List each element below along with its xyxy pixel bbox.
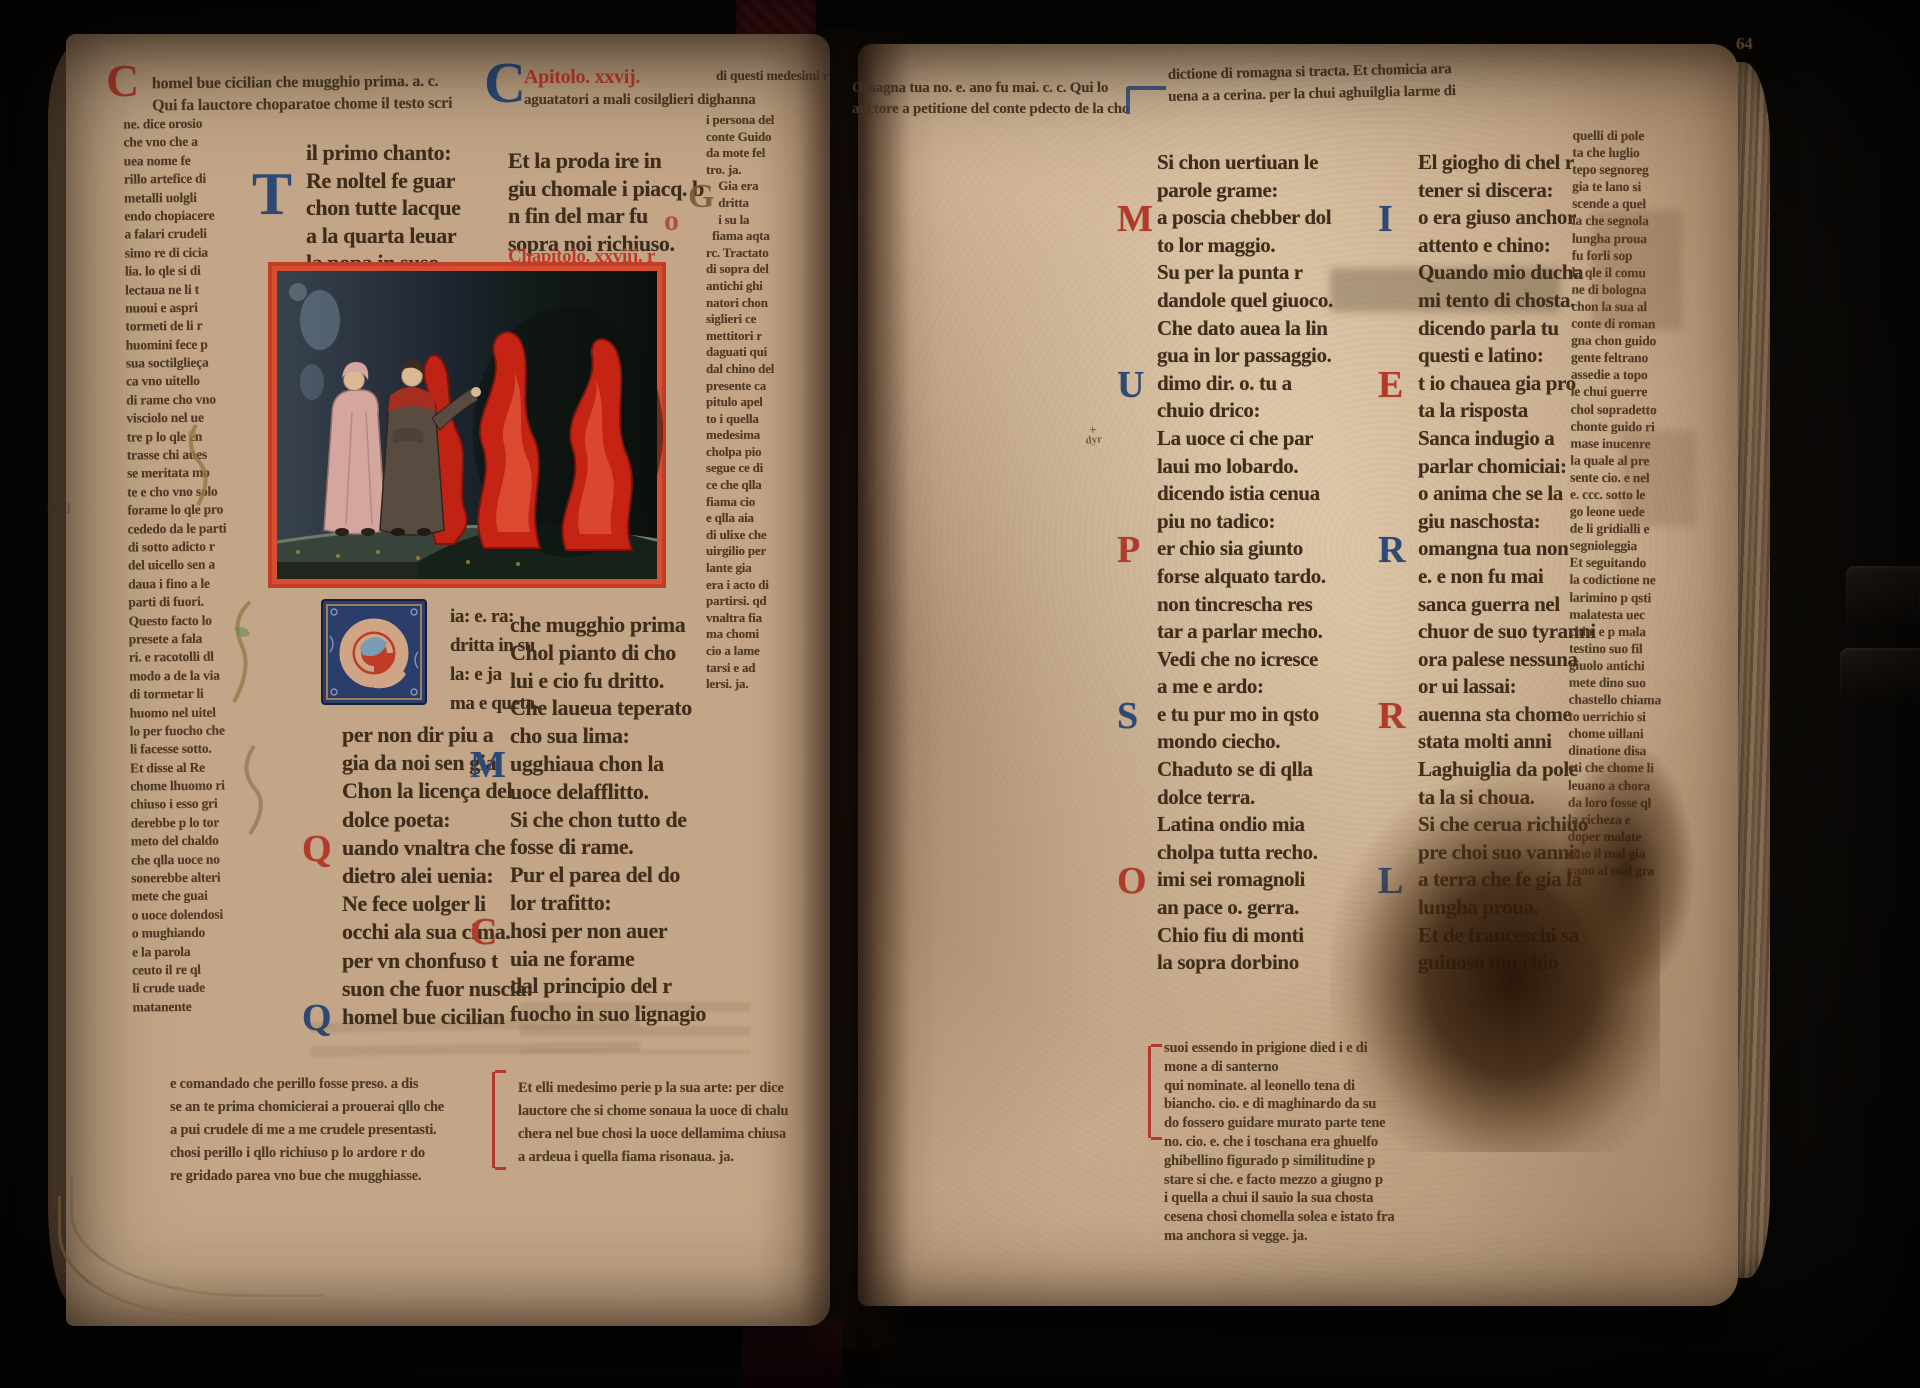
verse-line: Latina ondio mia — [1157, 812, 1333, 840]
gloss-line: a falari crudeli — [124, 226, 223, 245]
gloss-line: di sotto adicto r — [128, 538, 227, 557]
chapter-rubric: Apitolo. xxvij. — [524, 66, 640, 89]
verse-line: uoce delafflitto. — [510, 779, 706, 807]
gloss-line: go leone uede — [1570, 504, 1663, 522]
verse-line: parlar chomiciai: — [1418, 454, 1596, 482]
verse-text: lor trafitto: — [510, 890, 611, 915]
verse-text: ora palese nessuna — [1418, 647, 1578, 671]
gloss-line: partirsi. qd — [706, 593, 774, 610]
verse-text: a poscia chebber dol — [1157, 205, 1331, 229]
verse-text: mondo ciecho. — [1157, 729, 1280, 753]
verse-text: Chol pianto di cho — [510, 640, 676, 665]
gloss-line: chastello chiama — [1569, 692, 1662, 710]
verse-line: fuocho in suo lignagio — [510, 1001, 706, 1029]
gloss-line: simo re di cicia — [125, 244, 224, 263]
gloss-line: ce che qlla — [706, 477, 774, 494]
verse-text: lui e cio fu dritto. — [510, 668, 664, 693]
verse-text: fuocho in suo lignagio — [510, 1001, 706, 1026]
verse-text: piu no tadico: — [1157, 509, 1275, 533]
gloss-line: da mote fel — [706, 145, 774, 162]
verse-text: an pace o. gerra. — [1157, 895, 1299, 919]
verse-line: per vn chonfuso t — [342, 948, 533, 976]
verse-text: attento e chino: — [1418, 233, 1550, 257]
chapter-initial-c: C — [484, 54, 526, 112]
gloss-line: mete dino suo — [1569, 675, 1662, 693]
verse-line: Io era giuso anchor — [1418, 205, 1596, 233]
gloss-line: ta che luglio — [1572, 145, 1665, 163]
verse-line: suon che fuor nuscia: — [342, 976, 533, 1004]
gloss-line: daua i fino a le — [128, 575, 227, 594]
verse-line: to lor maggio. — [1157, 233, 1333, 261]
verse-text: Et la proda ire in — [508, 148, 661, 173]
verse-text: uando vnaltra che — [342, 835, 505, 860]
verse-text: er chio sia giunto — [1157, 536, 1303, 560]
manuscript-photo: C homel bue cicilian che mugghio prima. … — [0, 0, 1920, 1388]
gloss-line: huomo nel uitel — [129, 704, 228, 723]
verse-text: a la quarta leuar — [306, 223, 456, 248]
verse-text: Laghuiglia da pole — [1418, 757, 1578, 781]
red-paragraph-mark: o — [664, 204, 679, 238]
verse-text: Su per la punta r — [1157, 260, 1303, 284]
verse-line: a la quarta leuar — [306, 223, 461, 251]
verse-text: Si che chon tutto de — [510, 807, 687, 832]
miniature-illustration — [268, 262, 666, 588]
verse-text: tener si discera: — [1418, 178, 1553, 202]
chapter-heading-rubric: Chapitolo. xxviij. r — [508, 246, 655, 268]
verse-text: chon tutte lacque — [306, 195, 461, 220]
verse-line: mondo ciecho. — [1157, 729, 1333, 757]
gloss-line: i su la — [706, 212, 774, 229]
gloss-line: le chui guerre — [1571, 384, 1664, 402]
gloss-line: do fossero guidare murato parte tene — [1164, 1115, 1394, 1134]
verse-line: El giogho di chel r — [1418, 150, 1596, 178]
verse-text: giu naschosta: — [1418, 509, 1540, 533]
drop-initial: P — [1117, 531, 1140, 569]
drop-initial: M — [470, 746, 505, 784]
gloss-line: chome lhuomo ri — [130, 778, 229, 797]
verse-text: auenna sta chome — [1418, 702, 1571, 726]
gloss-line: sua soctilglieça — [126, 355, 225, 374]
verse-text: hosi per non auer — [510, 918, 667, 943]
verse-text: forse alquato tardo. — [1157, 564, 1326, 588]
verse-line: parole grame: — [1157, 178, 1333, 206]
gloss-line: li facesse sotto. — [130, 741, 229, 760]
gloss-line: doper malate — [1568, 829, 1661, 847]
gloss-line: rillo artefice di — [124, 171, 223, 190]
verse-line: occhi ala sua cima. — [342, 919, 533, 947]
gloss-line: cededo da le parti — [128, 520, 227, 539]
verse-text: Latina ondio mia — [1157, 812, 1305, 836]
verse-line: giu chomale i piacq. b — [508, 176, 704, 204]
gloss-line: larimino p qsti — [1569, 589, 1662, 607]
verse-line: Oimi sei romagnoli — [1157, 867, 1333, 895]
gloss-line: ghibellino figurado p similitudine p — [1164, 1153, 1394, 1172]
verse-line: la sopra dorbino — [1157, 950, 1333, 978]
verse-text: giu chomale i piacq. b — [508, 176, 704, 201]
verse-line: dal principio del r — [510, 973, 706, 1001]
verse-text: dal principio del r — [510, 973, 672, 998]
verse-line: cho sua lima: — [510, 723, 706, 751]
gloss-line: da loro fosse ql — [1568, 794, 1661, 812]
gloss-line: pitulo apel — [706, 394, 774, 411]
gloss-line: dal chino del — [706, 361, 774, 378]
gloss-line: Et seguitando — [1570, 555, 1663, 573]
drop-initial: L — [1378, 862, 1403, 900]
gloss-line: la che segnola — [1572, 213, 1665, 231]
verse-line: Si chon uertiuan le — [1157, 150, 1333, 178]
gloss-line: chome uillani — [1568, 726, 1661, 744]
drop-initial: S — [1117, 697, 1138, 735]
marginal-cross-mark: + dyr — [1084, 423, 1103, 447]
verse-text: fosse di rame. — [510, 834, 633, 859]
gloss-initial-g: G — [688, 178, 714, 216]
gloss-line: la codictione ne — [1569, 572, 1662, 590]
gloss-line: huomini fece p — [126, 336, 225, 355]
gloss-line: cio a lame — [706, 643, 774, 660]
verse-text: cho sua lima: — [510, 723, 629, 748]
gloss-line: era i acto di — [706, 577, 774, 594]
verse-text: o anima che se la — [1418, 481, 1563, 505]
drop-initial: M — [1117, 200, 1152, 238]
verse-line: cholpa tutta recho. — [1157, 840, 1333, 868]
left-margin-gloss-column: ne. dice orosioche vno che auea nome fer… — [123, 116, 231, 1018]
left-bottom-gloss-b: Et elli medesimo perie p la sua arte: pe… — [518, 1080, 788, 1172]
verse-text: dicendo parla tu — [1418, 316, 1559, 340]
gloss-line: suoi essendo in prigione died i e di — [1164, 1040, 1394, 1059]
verse-text: Re noltel fe guar — [306, 168, 455, 193]
verse-text: dicendo istia cenua — [1157, 481, 1320, 505]
verse-line: Sanca indugio a — [1418, 426, 1596, 454]
gloss-line: conte Guido — [706, 129, 774, 146]
verse-line: tar a parlar mecho. — [1157, 619, 1333, 647]
gloss-line: ma chomi — [706, 626, 774, 643]
left-top-gloss: homel bue cicilian che mugghio prima. a.… — [152, 73, 453, 119]
verse-line: Vedi che no icresce — [1157, 647, 1333, 675]
verse-text: parlar chomiciai: — [1418, 454, 1567, 478]
verse-line: attento e chino: — [1418, 233, 1596, 261]
verse-line: che mugghio prima — [510, 612, 706, 640]
gloss-line: ne di bologna — [1571, 282, 1664, 300]
gloss-line: scende a quel — [1572, 196, 1665, 214]
gloss-line: metalli uolgli — [124, 189, 223, 208]
gloss-line: conte di roman — [1571, 316, 1664, 334]
verse-line: Et de franceschi sa — [1418, 923, 1596, 951]
gloss-line: biancho. cio. e di maghinardo da su — [1164, 1096, 1394, 1115]
verse-text: to lor maggio. — [1157, 233, 1275, 257]
drop-initial: Q — [302, 999, 331, 1037]
gloss-line: derebbe p lo tor — [131, 814, 230, 833]
verse-text: che mugghio prima — [510, 612, 685, 637]
verse-line: Udimo dir. o. tu a — [1157, 371, 1333, 399]
gloss-line: chonte guido ri — [1570, 418, 1663, 436]
verse-line: Quando mio ducha — [1418, 260, 1596, 288]
verse-text: homel bue cicilian — [342, 1004, 505, 1029]
gloss-line: segue ce di — [706, 460, 774, 477]
gloss-line: di tormetar li — [129, 686, 228, 705]
drop-initial: U — [1117, 366, 1144, 404]
gloss-line: la quale al pre — [1570, 452, 1663, 470]
gloss-line: de li gridialli e — [1570, 521, 1663, 539]
gloss-line: mete che guai — [131, 888, 230, 907]
chapter-side-note: di questi medesimi r — [716, 68, 829, 84]
verse-line: Che dato auea la lin — [1157, 316, 1333, 344]
gloss-line: che vno che a — [123, 134, 222, 153]
gloss-line: la richeza e — [1568, 811, 1661, 829]
illuminated-initial-g — [318, 596, 430, 708]
gloss-line: auctore a petitione del conte pdecto de … — [852, 101, 1129, 122]
verse-line: a me e ardo: — [1157, 674, 1333, 702]
gloss-line: homel bue cicilian che mugghio prima. a.… — [152, 73, 452, 97]
verse-text: sanca guerra nel — [1418, 592, 1560, 616]
folio-number: 64 — [1736, 34, 1753, 54]
left-col2-margin-gloss: i persona delconte Guidoda mote feltro. … — [706, 112, 774, 693]
gloss-line: dritta — [706, 195, 774, 212]
verse-text: dolce poeta: — [342, 807, 450, 832]
gloss-line: segnioleggia — [1570, 538, 1663, 556]
gloss-line: modo a de la via — [129, 667, 228, 686]
verse-text: dandole quel giuoco. — [1157, 288, 1333, 312]
gloss-line: testino suo fil — [1569, 640, 1662, 658]
right-margin-gloss-column: quelli di poleta che lugliotepo segnoreg… — [1567, 128, 1665, 881]
gloss-line: Et disse al Re — [130, 759, 229, 778]
gloss-line: a ardeua i quella fiama risonaua. ja. — [518, 1149, 788, 1172]
gloss-line: antichi ghi — [706, 278, 774, 295]
verse-line: dolce terra. — [1157, 785, 1333, 813]
gloss-line: cti che chome li — [1568, 760, 1661, 778]
gloss-line: li crude uade — [132, 980, 231, 999]
verse-text: tar a parlar mecho. — [1157, 619, 1322, 643]
gloss-line: tro. ja. — [706, 162, 774, 179]
gloss-line: to i quella — [706, 411, 774, 428]
gloss-line: gia te lano si — [1572, 179, 1665, 197]
verse-text: dolce terra. — [1157, 785, 1255, 809]
drop-initial: O — [1117, 862, 1146, 900]
cross-note: dyr — [1085, 434, 1103, 447]
verse-line: questi e latino: — [1418, 343, 1596, 371]
gloss-line: cesena chosi chomella solea e istato fra — [1164, 1209, 1394, 1228]
gloss-line: gna chon guido — [1571, 333, 1664, 351]
verse-text: El giogho di chel r — [1418, 150, 1574, 174]
verse-text: Si chon uertiuan le — [1157, 150, 1318, 174]
gutter-shadow — [800, 30, 910, 1350]
drop-initial: R — [1378, 697, 1405, 735]
verse-text: guinoso mu chio — [1418, 950, 1558, 974]
gloss-line: chosi perillo i qllo richiuso p lo ardor… — [170, 1145, 444, 1168]
gloss-line: i quella a chui il sauio la sua chosta — [1164, 1190, 1394, 1209]
verse-line: Che laueua teperato — [510, 695, 706, 723]
verse-line: an pace o. gerra. — [1157, 895, 1333, 923]
gloss-line: fiama aqta — [706, 228, 774, 245]
gloss-line: i persona del — [706, 112, 774, 129]
gloss-line: Questo facto lo — [128, 612, 227, 631]
marginal-sprig-icon — [220, 598, 264, 708]
verse-text: Sanca indugio a — [1418, 426, 1554, 450]
gloss-line: presente ca — [706, 378, 774, 395]
verse-line: Chosi per non auer — [510, 918, 706, 946]
gloss-line: medesima — [706, 427, 774, 444]
verse-line: lor trafitto: — [510, 890, 706, 918]
verse-line: ta la risposta — [1418, 398, 1596, 426]
gloss-line: nuoui e aspri — [125, 299, 224, 318]
gloss-line: presete a fala — [129, 630, 228, 649]
verse-text: Che laueua teperato — [510, 695, 692, 720]
gloss-line: gente feltrano — [1571, 350, 1664, 368]
gloss-line: ri. e racotolli dl — [129, 649, 228, 668]
verse-line: gua in lor passaggio. — [1157, 343, 1333, 371]
verse-text: ta la risposta — [1418, 398, 1528, 422]
verse-line: guinoso mu chio — [1418, 950, 1596, 978]
gloss-line: chio. e p mala — [1569, 623, 1662, 641]
gloss-line: quelli di pole — [1573, 128, 1666, 146]
red-bracket — [1148, 1046, 1161, 1138]
verse-text: Vedi che no icresce — [1157, 647, 1318, 671]
verse-line: lungha proua. — [1418, 895, 1596, 923]
verse-line: TRe noltel fe guar — [306, 168, 461, 196]
gloss-line: e qlla aia — [706, 510, 774, 527]
gloss-line: tarsi e ad — [706, 660, 774, 677]
red-bracket — [492, 1072, 505, 1168]
verse-line: Chio fiu di monti — [1157, 923, 1333, 951]
verse-text: imi sei romagnoli — [1157, 867, 1305, 891]
gloss-line: uea nome fe — [124, 152, 223, 171]
verse-text: Chaduto se di qlla — [1157, 757, 1313, 781]
marginal-sprig-icon — [176, 420, 216, 510]
gloss-line: leuano a chora — [1568, 777, 1661, 795]
gloss-line: lungha proua — [1572, 230, 1665, 248]
verse-text: questi e latino: — [1418, 343, 1543, 367]
gloss-line: di rame cho vno — [126, 391, 225, 410]
right-top-gloss-left: Omagna tua no. e. ano fu mai. c. c. Qui … — [852, 80, 1129, 122]
left-bottom-gloss-a: e comandado che perillo fosse preso. a d… — [170, 1076, 444, 1191]
gloss-line: fiama cio — [706, 494, 774, 511]
gloss-line: stare si che. e facto mezzo a giugno p — [1164, 1172, 1394, 1191]
verse-line: Se tu pur mo in qsto — [1157, 702, 1333, 730]
verse-text: la sopra dorbino — [1157, 950, 1299, 974]
rubric-initial-c: C — [106, 58, 139, 104]
verse-text: uoce delafflitto. — [510, 779, 649, 804]
verse-line: chon tutte lacque — [306, 195, 461, 223]
verse-text: Chio fiu di monti — [1157, 923, 1304, 947]
drop-initial: C — [470, 913, 497, 951]
gloss-line: uirgilio per — [706, 543, 774, 560]
verse-line: Chol pianto di cho — [510, 640, 706, 668]
verse-text: e. e non fu mai — [1418, 564, 1543, 588]
verse-line: Et la proda ire in — [508, 148, 704, 176]
verse-text: uia ne forame — [510, 946, 634, 971]
verse-line: Si che chon tutto de — [510, 807, 706, 835]
gloss-line: e. ccc. sotto le — [1570, 487, 1663, 505]
verse-text: suon che fuor nuscia: — [342, 976, 533, 1001]
gloss-line: lersi. ja. — [706, 676, 774, 693]
verse-line: tener si discera: — [1418, 178, 1596, 206]
gloss-line: chol sopradetto — [1571, 401, 1664, 419]
gloss-line: che qlla uoce no — [131, 851, 230, 870]
verse-text: a me e ardo: — [1157, 674, 1264, 698]
gloss-line: lo per fuocho che — [130, 722, 229, 741]
gloss-line: e comandado che perillo fosse preso. a d… — [170, 1076, 444, 1099]
verse-line: Mugghiaua chon la — [510, 751, 706, 779]
gloss-line: dinatione disa — [1568, 743, 1661, 761]
verse-line: dicendo parla tu — [1418, 316, 1596, 344]
verse-text: dietro alei uenia: — [342, 863, 493, 888]
gloss-line: lectaua ne li t — [125, 281, 224, 300]
verse-line: piu no tadico: — [1157, 509, 1333, 537]
verse-text: non tincrescha res — [1157, 592, 1312, 616]
verse-text: t io chauea gia pro — [1418, 371, 1576, 395]
verse-line: Quando vnaltra che — [342, 835, 533, 863]
gloss-line: daguati qui — [706, 344, 774, 361]
gloss-line: se an te prima chomicierai a prouerai ql… — [170, 1099, 444, 1122]
verse-text: or ui lassai: — [1418, 674, 1516, 698]
verse-text: o era giuso anchor — [1418, 205, 1576, 229]
gloss-line: ma anchora si vegge. ja. — [1164, 1228, 1394, 1247]
gloss-line: Gia era — [706, 178, 774, 195]
verse-line: Ne fece uolger li — [342, 891, 533, 919]
verse-line: laui mo lobardo. — [1157, 454, 1333, 482]
verse-line: il primo chanto: — [306, 140, 461, 168]
gloss-line: Qui fa lauctore choparatoe chome il test… — [152, 94, 452, 118]
folio-margin-note: xxvij — [46, 500, 70, 515]
gloss-line: tepo segnoreg — [1572, 162, 1665, 180]
verse-line: lui e cio fu dritto. — [510, 668, 706, 696]
gloss-line: chiuso i esso gri — [130, 796, 229, 815]
verse-text: a terra che fe gia la — [1418, 867, 1582, 891]
verse-line: Et io chauea gia pro — [1418, 371, 1596, 399]
verse-line: forse alquato tardo. — [1157, 564, 1333, 592]
gloss-line: ca vno uitello — [126, 373, 225, 392]
gloss-line: chera nel bue chosi la uoce dellamima ch… — [518, 1126, 788, 1149]
verse-line: uia ne forame — [510, 946, 706, 974]
verse-line: Pur el parea del do — [510, 862, 706, 890]
drop-initial: Q — [302, 830, 331, 868]
gloss-line: giuolo antichi — [1569, 658, 1662, 676]
gloss-line: re gridado parea vno bue che mugghiasse. — [170, 1168, 444, 1191]
gloss-line: qui nominate. al leonello tena di — [1164, 1078, 1394, 1097]
verse-text: gua in lor passaggio. — [1157, 343, 1331, 367]
verse-line: La uoce ci che par — [1157, 426, 1333, 454]
gloss-line: chon la sua al — [1571, 299, 1664, 317]
verse-text: dimo dir. o. tu a — [1157, 371, 1292, 395]
gloss-line: cholpa pio — [706, 444, 774, 461]
verse-line: dietro alei uenia: — [342, 863, 533, 891]
verse-line: mi tento di chosta. — [1418, 288, 1596, 316]
verse-text: n fin del mar fu — [508, 203, 648, 228]
drop-initial: I — [1378, 200, 1392, 238]
gloss-line: parti di fuori. — [128, 594, 227, 613]
gloss-line: matanente — [133, 998, 232, 1017]
verse-text: Pur el parea del do — [510, 862, 680, 887]
verse-text: pre choi suo vanni: — [1418, 840, 1581, 864]
gloss-line: lia. lo qle si di — [125, 263, 224, 282]
gloss-line: mone a di santerno — [1164, 1059, 1394, 1078]
verse-line: dolce poeta: — [342, 807, 533, 835]
book-clasp — [1840, 648, 1920, 702]
verse-text: mi tento di chosta. — [1418, 288, 1575, 312]
gloss-line: mettitori r — [706, 328, 774, 345]
verse-text: chuio drico: — [1157, 398, 1260, 422]
gloss-line: rc. Tractato — [706, 245, 774, 262]
verse-line: Per chio sia giunto — [1157, 536, 1333, 564]
gloss-line: ne. dice orosio — [123, 116, 222, 135]
gloss-line: di ulixe che — [706, 527, 774, 544]
gloss-line: lante gia — [706, 560, 774, 577]
gloss-line: siglieri ce — [706, 311, 774, 328]
verse-line: non tincrescha res — [1157, 592, 1333, 620]
gloss-line: del uicello sen a — [128, 557, 227, 576]
gloss-line: lauctore che si chome sonaua la uoce di … — [518, 1103, 788, 1126]
verse-text: Ne fece uolger li — [342, 891, 486, 916]
gloss-line: di sopra del — [706, 261, 774, 278]
